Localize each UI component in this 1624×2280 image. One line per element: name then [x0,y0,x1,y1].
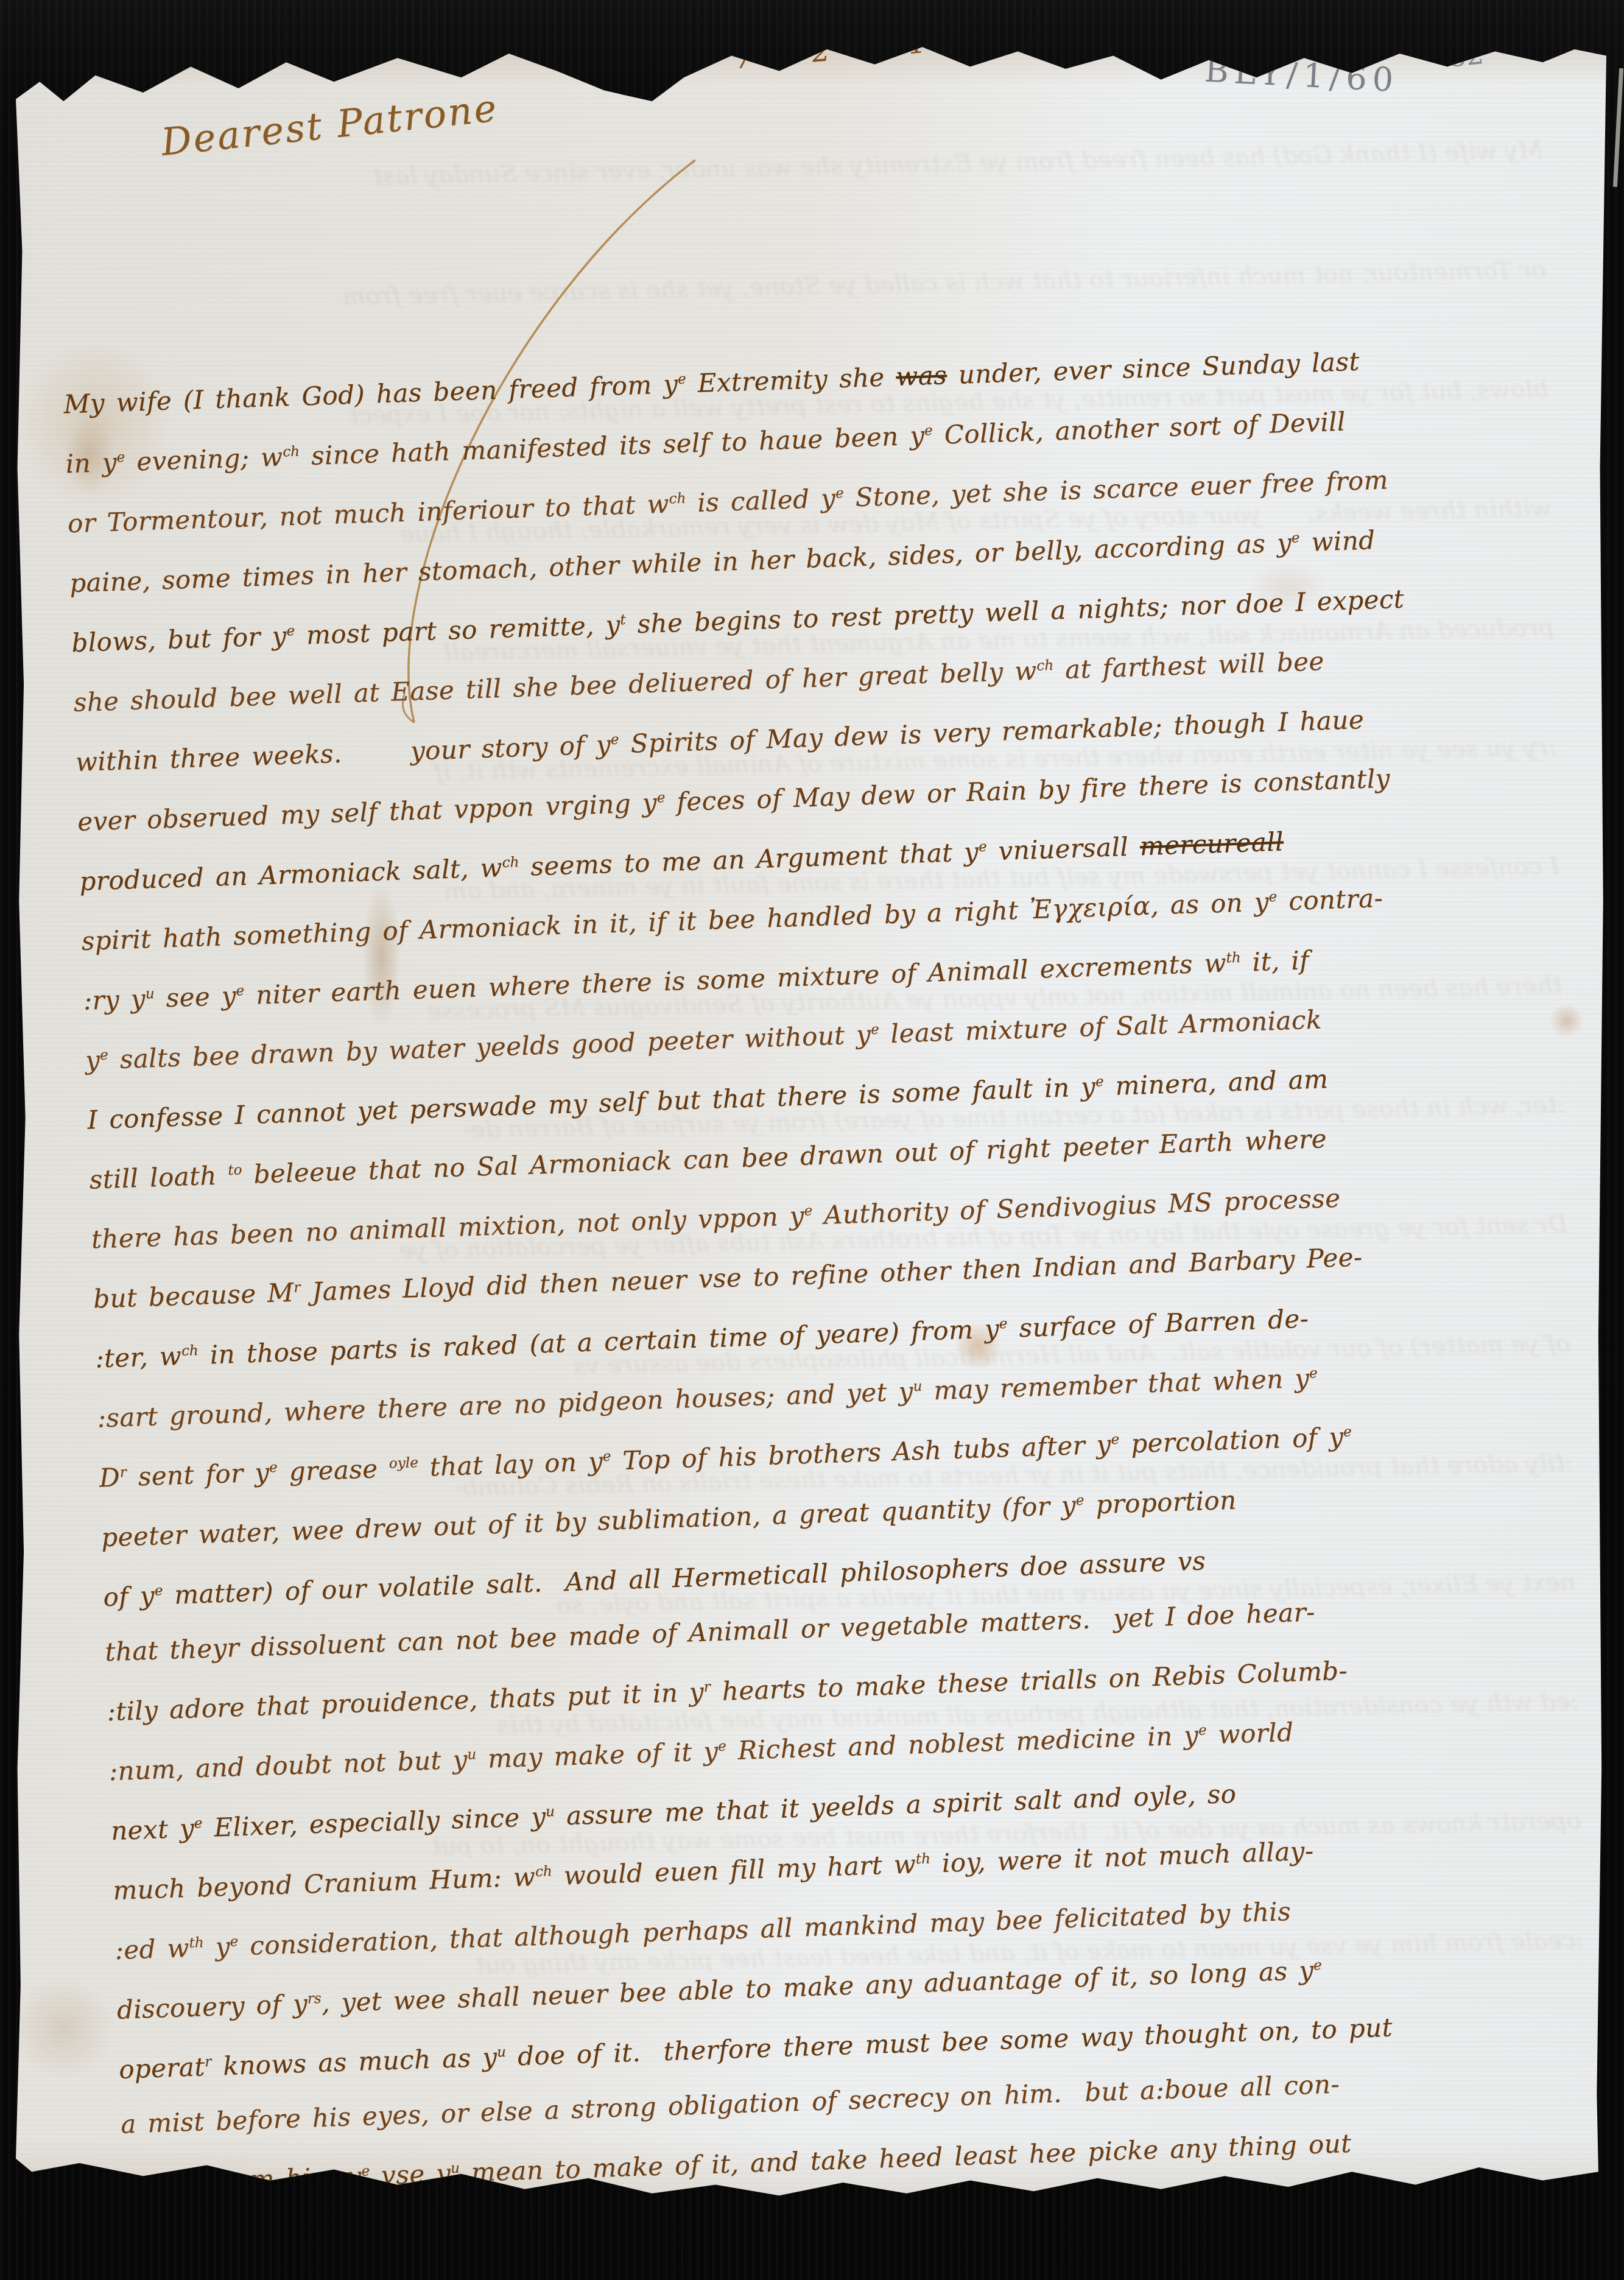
manuscript-page: My wife (I thank God) has been freed fro… [16,34,1606,2202]
date-heading: 7br. 2 ~ 71 [733,21,932,76]
letter-body: My wife (I thank God) has been freed fro… [63,323,1619,2271]
adjacent-page-edge [1613,68,1623,187]
photograph-backdrop: My wife (I thank God) has been freed fro… [0,0,1624,2280]
letter-ink-layer: 7br. 2 ~ 71 Dearest Patrone My wife (I t… [0,0,1624,2203]
salutation: Dearest Patrone [159,85,500,164]
